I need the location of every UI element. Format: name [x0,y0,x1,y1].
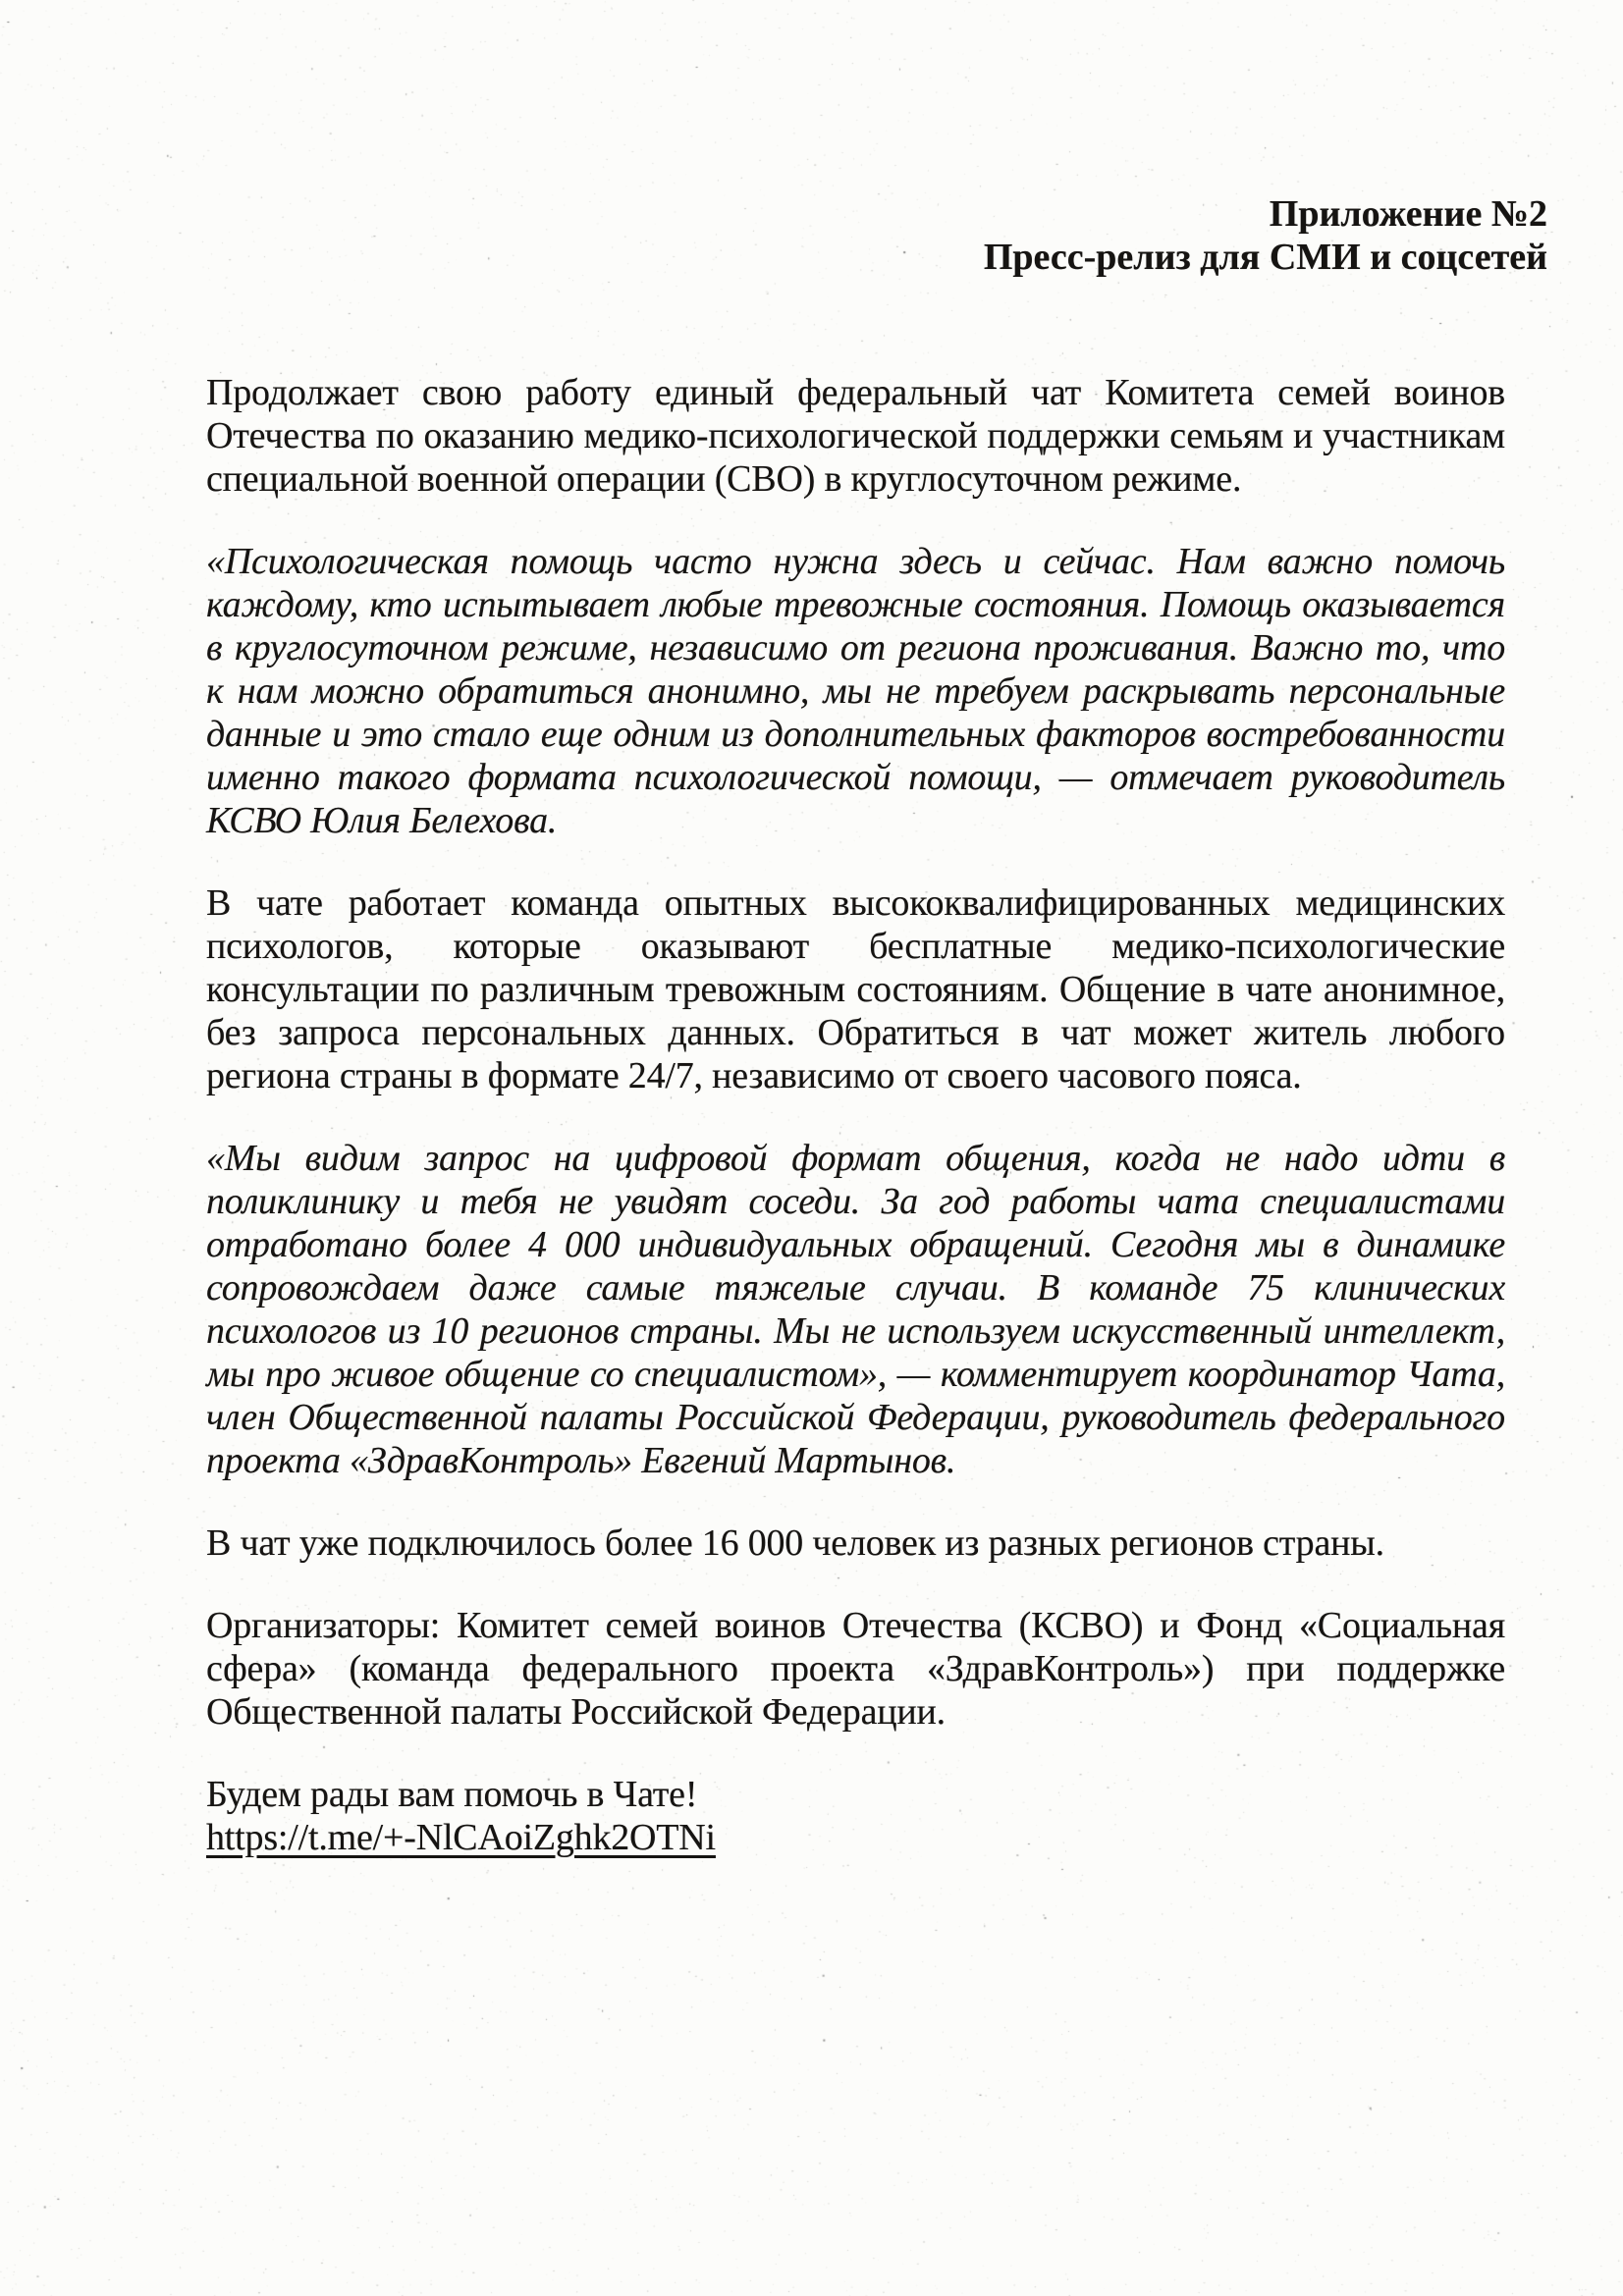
text-line: в круглосуточном режиме, независимо от р… [206,626,1505,669]
text-line: член Общественной палаты Российской Феде… [206,1396,1505,1439]
text-line: без запроса персональных данных. Обратит… [206,1011,1505,1054]
text-line: мы про живое общение со специалистом», —… [206,1353,1505,1396]
text-line: консультации по различным тревожным сост… [206,968,1505,1011]
paragraph-users-count: В чат уже подключилось более 16 000 чело… [206,1522,1505,1565]
text-line: проекта «ЗдравКонтроль» Евгений Мартынов… [206,1439,1505,1482]
text-line: КСВО Юлия Белехова. [206,799,1505,842]
text-line: к нам можно обратиться анонимно, мы не т… [206,669,1505,713]
telegram-chat-link[interactable]: https://t.me/+-NlCAoiZghk2OTNi [206,1817,716,1858]
document-header: Приложение №2 Пресс-релиз для СМИ и соцс… [0,192,1547,279]
text-line: психологов, которые оказывают бесплатные… [206,925,1505,968]
paragraph-closing: Будем рады вам помочь в Чате! https://t.… [206,1773,1505,1859]
appendix-label: Приложение №2 [0,192,1547,236]
document-body: Продолжает свою работу единый федеральны… [206,371,1505,1898]
paragraph-intro: Продолжает свою работу единый федеральны… [206,371,1505,501]
text-line: сфера» (команда федерального проекта «Зд… [206,1647,1505,1690]
closing-invite-text: Будем рады вам помочь в Чате! [206,1773,1505,1816]
text-line: психологов из 10 регионов страны. Мы не … [206,1309,1505,1353]
text-line: региона страны в формате 24/7, независим… [206,1054,1505,1097]
document-page: Приложение №2 Пресс-релиз для СМИ и соцс… [0,0,1623,2296]
text-line: специальной военной операции (СВО) в кру… [206,457,1505,501]
text-line: Продолжает свою работу единый федеральны… [206,371,1505,414]
document-title: Пресс-релиз для СМИ и соцсетей [0,236,1547,279]
text-line: каждому, кто испытывает любые тревожные … [206,583,1505,626]
text-line: В чате работает команда опытных высококв… [206,881,1505,925]
text-line: В чат уже подключилось более 16 000 чело… [206,1522,1505,1565]
text-line: данные и это стало еще одним из дополнит… [206,713,1505,756]
text-line: «Психологическая помощь часто нужна здес… [206,540,1505,583]
text-line: «Мы видим запрос на цифровой формат обще… [206,1137,1505,1180]
text-line: сопровождаем даже самые тяжелые случаи. … [206,1266,1505,1309]
text-line: Организаторы: Комитет семей воинов Отече… [206,1604,1505,1647]
paragraph-quote-martynov: «Мы видим запрос на цифровой формат обще… [206,1137,1505,1482]
text-line: именно такого формата психологической по… [206,756,1505,799]
text-line: Общественной палаты Российской Федерации… [206,1690,1505,1734]
text-line: поликлинику и тебя не увидят соседи. За … [206,1180,1505,1223]
paragraph-quote-belekhova: «Психологическая помощь часто нужна здес… [206,540,1505,842]
text-line: отработано более 4 000 индивидуальных об… [206,1223,1505,1266]
paragraph-chat-team: В чате работает команда опытных высококв… [206,881,1505,1097]
paragraph-organizers: Организаторы: Комитет семей воинов Отече… [206,1604,1505,1734]
text-line: Отечества по оказанию медико-психологиче… [206,414,1505,457]
